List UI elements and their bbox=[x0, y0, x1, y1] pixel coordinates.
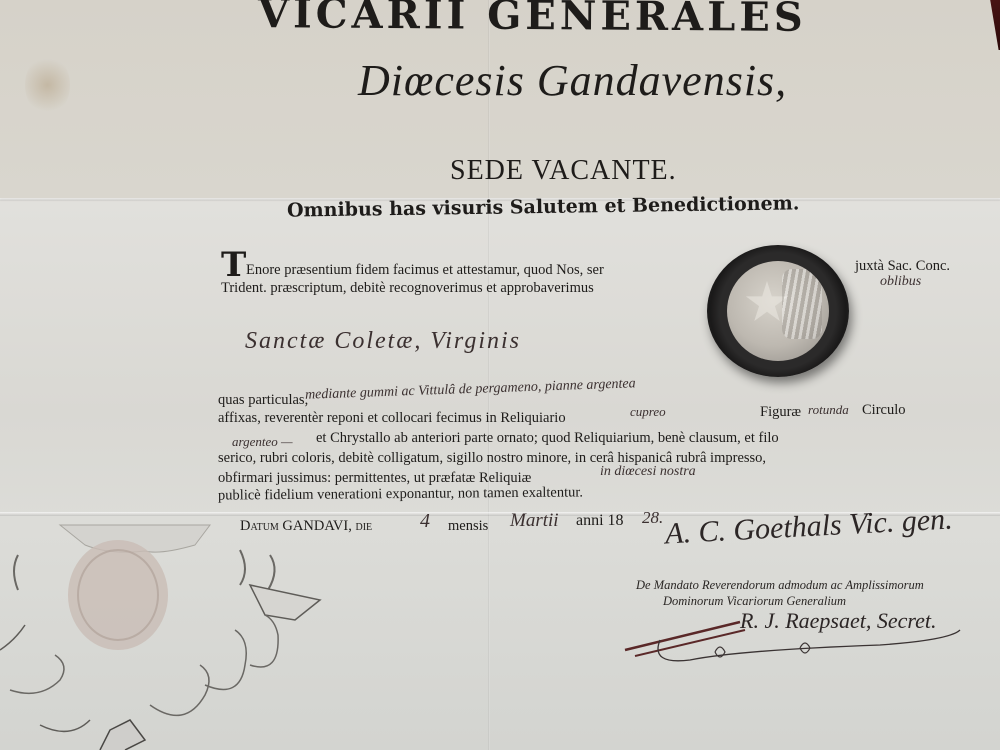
body-line-4b: Figuræ bbox=[760, 404, 801, 421]
paper-stain bbox=[25, 55, 70, 115]
relic-name-handwritten: Sanctæ Coletæ, Virginis bbox=[245, 328, 521, 355]
body-line-5a: et Chrystallo ab anteriori parte ornato;… bbox=[316, 430, 779, 447]
date-year-handwritten: 28. bbox=[642, 508, 663, 528]
body-line-2a: Trident. præscriptum, debitè recognoveri… bbox=[221, 280, 594, 297]
header-diocese: Diœcesis Gandavensis, bbox=[358, 55, 787, 106]
header-sede-vacante: SEDE VACANTE. bbox=[450, 155, 677, 187]
body-line-4c: Circulo bbox=[862, 402, 906, 419]
mandate-line-2: Dominorum Vicariorum Generalium bbox=[663, 594, 846, 609]
dropcap: T bbox=[221, 248, 246, 282]
body-line-2-handwritten: oblibus bbox=[880, 274, 921, 290]
body-line-8a: publicè fidelium venerationi exponantur,… bbox=[218, 484, 583, 504]
reliquary bbox=[707, 245, 849, 377]
body-line-4a: affixas, reverentèr reponi et collocari … bbox=[218, 410, 566, 427]
date-mensis: mensis bbox=[448, 518, 488, 535]
body-line-1b: juxtà Sac. Conc. bbox=[855, 258, 950, 275]
vertical-fold bbox=[488, 0, 490, 750]
body-line-3a: quas particulas, bbox=[218, 392, 308, 409]
header-title: VICARII GENERALES bbox=[258, 0, 807, 41]
body-line-5-handwritten: argenteo — bbox=[232, 434, 293, 450]
reliquary-glass-window bbox=[727, 261, 829, 361]
body-line-4-handwritten-2: rotunda bbox=[808, 402, 849, 418]
body-line-1a: Enore præsentium fidem facimus et attest… bbox=[246, 262, 604, 279]
date-day-handwritten: 4 bbox=[420, 510, 430, 533]
body-line-7-handwritten: in diœcesi nostra bbox=[600, 464, 696, 480]
date-year-prefix: anni 18 bbox=[576, 512, 624, 530]
signature-flourish bbox=[620, 610, 980, 670]
mandate-line-1: De Mandato Reverendorum admodum ac Ampli… bbox=[636, 578, 924, 593]
embossed-seal bbox=[0, 515, 330, 750]
body-line-4-handwritten-1: cupreo bbox=[630, 404, 666, 420]
date-month-handwritten: Martii bbox=[510, 510, 559, 532]
